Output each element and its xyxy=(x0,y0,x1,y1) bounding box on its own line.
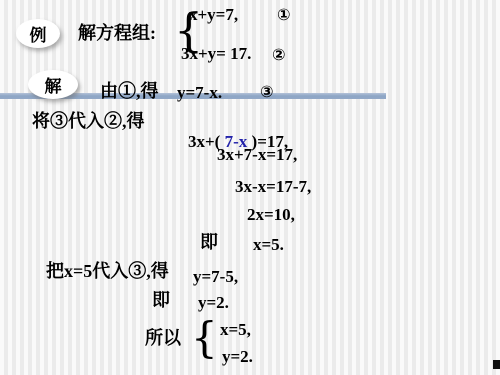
problem-label: 解方程组: xyxy=(78,24,156,44)
solution-badge: 解 xyxy=(28,70,78,99)
step1-prefix: 由①,得 xyxy=(100,82,159,102)
step7-expression: y=7-5, xyxy=(193,268,238,287)
equation-2: 3x+y= 17. xyxy=(181,45,251,64)
step6-prefix: 即 xyxy=(200,233,218,253)
step3-expression: 3x+7-x=17, xyxy=(217,146,297,165)
solution-badge-label: 解 xyxy=(45,72,62,97)
conclusion-line2: y=2. xyxy=(222,348,253,367)
step7-prefix: 把x=5代入③,得 xyxy=(46,262,169,282)
step2-prefix: 将③代入②,得 xyxy=(32,112,145,132)
example-badge-label: 例 xyxy=(30,21,47,46)
conclusion-line1: x=5, xyxy=(220,321,251,340)
step1-expression: y=7-x. xyxy=(177,84,222,103)
step8-prefix: 即 xyxy=(152,291,170,311)
step1-number: ③ xyxy=(260,83,274,101)
step5-expression: 2x=10, xyxy=(247,206,295,225)
step8-expression: y=2. xyxy=(198,294,229,313)
presentation-slide: 例 解 解方程组: { x+y=7, ① 3x+y= 17. ② 由①,得 y=… xyxy=(0,0,500,375)
conclusion-brace: { xyxy=(191,317,218,359)
conclusion-prefix: 所以 xyxy=(145,329,181,349)
example-badge: 例 xyxy=(16,19,60,48)
equation-1: x+y=7, xyxy=(189,6,238,25)
equation-2-number: ② xyxy=(272,46,286,64)
step6-expression: x=5. xyxy=(253,236,284,255)
period-dot xyxy=(493,360,500,369)
step4-expression: 3x-x=17-7, xyxy=(235,178,311,197)
equation-1-number: ① xyxy=(277,6,291,24)
